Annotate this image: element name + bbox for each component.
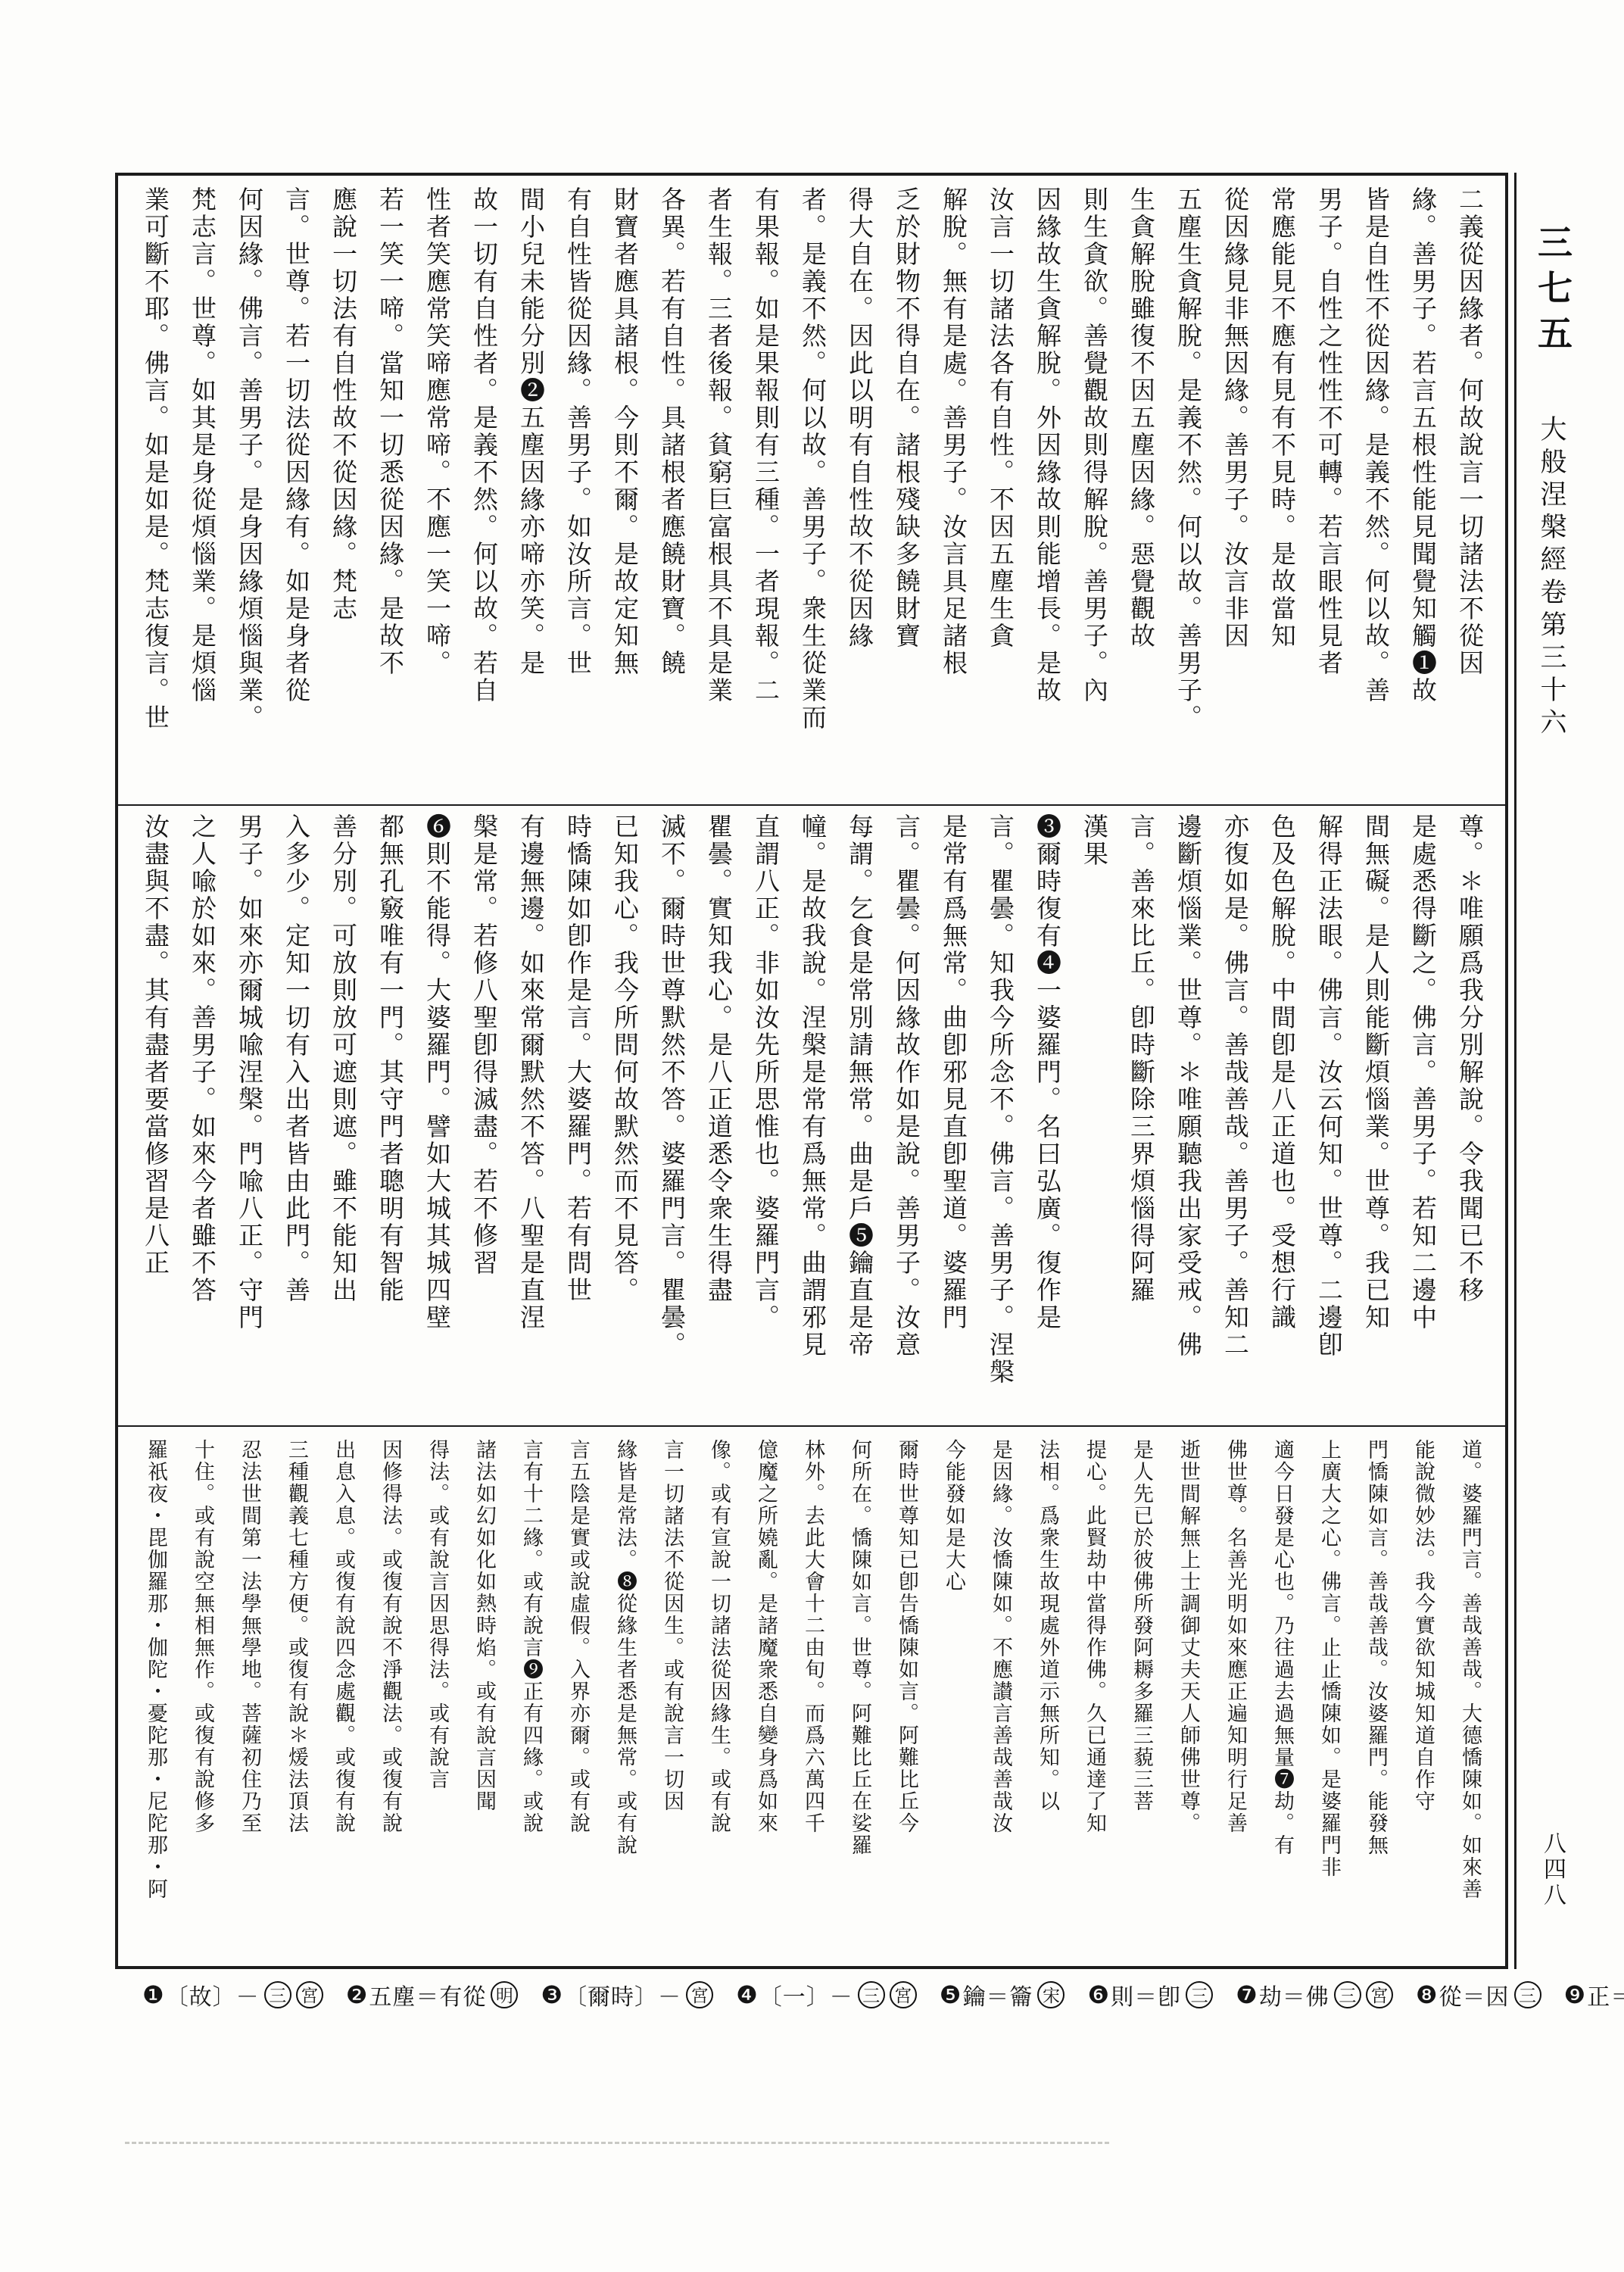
apparatus-entry: ❶〔故〕－三宮 [142, 1978, 323, 2011]
sutra-number: 三七五 [1528, 224, 1578, 360]
apparatus-entry-reading: 〔故〕－ [166, 1978, 260, 2011]
apparatus-entry-number: ❹ [736, 1980, 758, 2009]
scan-artifact-line [125, 2142, 1109, 2144]
witness-siglum: 三 [1334, 1981, 1361, 2008]
apparatus-entry-number: ❾ [1564, 1980, 1586, 2009]
volume-title: 大般涅槃經卷第三十六 [1532, 415, 1570, 741]
witness-siglum: 宮 [296, 1981, 323, 2008]
witness-siglum: 明 [491, 1981, 518, 2008]
apparatus-entry-number: ❽ [1416, 1980, 1438, 2009]
apparatus-entry: ❾正＝止宮 [1564, 1978, 1624, 2011]
register-b-text: 尊。＊唯願爲我分別解說。令我聞已不移 是處悉得斷之。佛言。善男子。若知二邊中 間… [129, 813, 1493, 1419]
text-frame: 二義從因緣者。何故說言一切諸法不從因 緣。善男子。若言五根性能見聞覺知觸❶故 皆… [115, 173, 1508, 1969]
apparatus-entry: ❸〔爾時〕－宮 [541, 1978, 713, 2011]
apparatus-entry: ❻則＝卽三 [1087, 1978, 1213, 2011]
apparatus-entry-number: ❺ [940, 1980, 962, 2009]
apparatus-entry: ❽從＝因三 [1416, 1978, 1541, 2011]
apparatus-entry: ❷五塵＝有從明 [346, 1978, 519, 2011]
apparatus-notes: ❶〔故〕－三宮❷五塵＝有從明❸〔爾時〕－宮❹〔一〕－三宮❺鑰＝籥宋❻則＝卽三❼劫… [142, 1975, 1513, 2015]
apparatus-entry-number: ❸ [541, 1980, 563, 2009]
witness-siglum: 三 [1514, 1981, 1541, 2008]
apparatus-entry-reading: 正＝止 [1587, 1978, 1624, 2011]
apparatus-entry-number: ❶ [142, 1980, 164, 2009]
apparatus-entry-reading: 則＝卽 [1111, 1978, 1181, 2011]
apparatus-entry-reading: 五塵＝有從 [369, 1978, 486, 2011]
register-divider-2 [118, 1425, 1505, 1427]
register-c-text: 道。婆羅門言。善哉善哉。大德憍陳如。如來善 能說微妙法。我今實欲知城知道自作守 … [129, 1439, 1493, 1952]
witness-siglum: 宋 [1037, 1981, 1064, 2008]
apparatus-entry: ❹〔一〕－三宮 [736, 1978, 917, 2011]
apparatus-entry-reading: 從＝因 [1439, 1978, 1510, 2011]
witness-siglum: 三 [1186, 1981, 1213, 2008]
page-number: 八四八 [1535, 1831, 1569, 1908]
witness-siglum: 宮 [1366, 1981, 1393, 2008]
apparatus-entry: ❺鑰＝籥宋 [940, 1978, 1065, 2011]
apparatus-entry-reading: 〔爾時〕－ [564, 1978, 681, 2011]
witness-siglum: 宮 [686, 1981, 713, 2008]
apparatus-entry: ❼劫＝佛三宮 [1236, 1978, 1393, 2011]
apparatus-entry-number: ❷ [346, 1980, 368, 2009]
witness-siglum: 三 [858, 1981, 885, 2008]
witness-siglum: 三 [264, 1981, 291, 2008]
witness-siglum: 宮 [890, 1981, 917, 2008]
apparatus-entry-reading: 鑰＝籥 [962, 1978, 1033, 2011]
apparatus-entry-reading: 〔一〕－ [759, 1978, 853, 2011]
register-divider-1 [118, 804, 1505, 806]
apparatus-entry-reading: 劫＝佛 [1259, 1978, 1329, 2011]
apparatus-entry-number: ❼ [1236, 1980, 1258, 2009]
register-a-text: 二義從因緣者。何故說言一切諸法不從因 緣。善男子。若言五根性能見聞覺知觸❶故 皆… [129, 186, 1493, 801]
apparatus-entry-number: ❻ [1087, 1980, 1109, 2009]
